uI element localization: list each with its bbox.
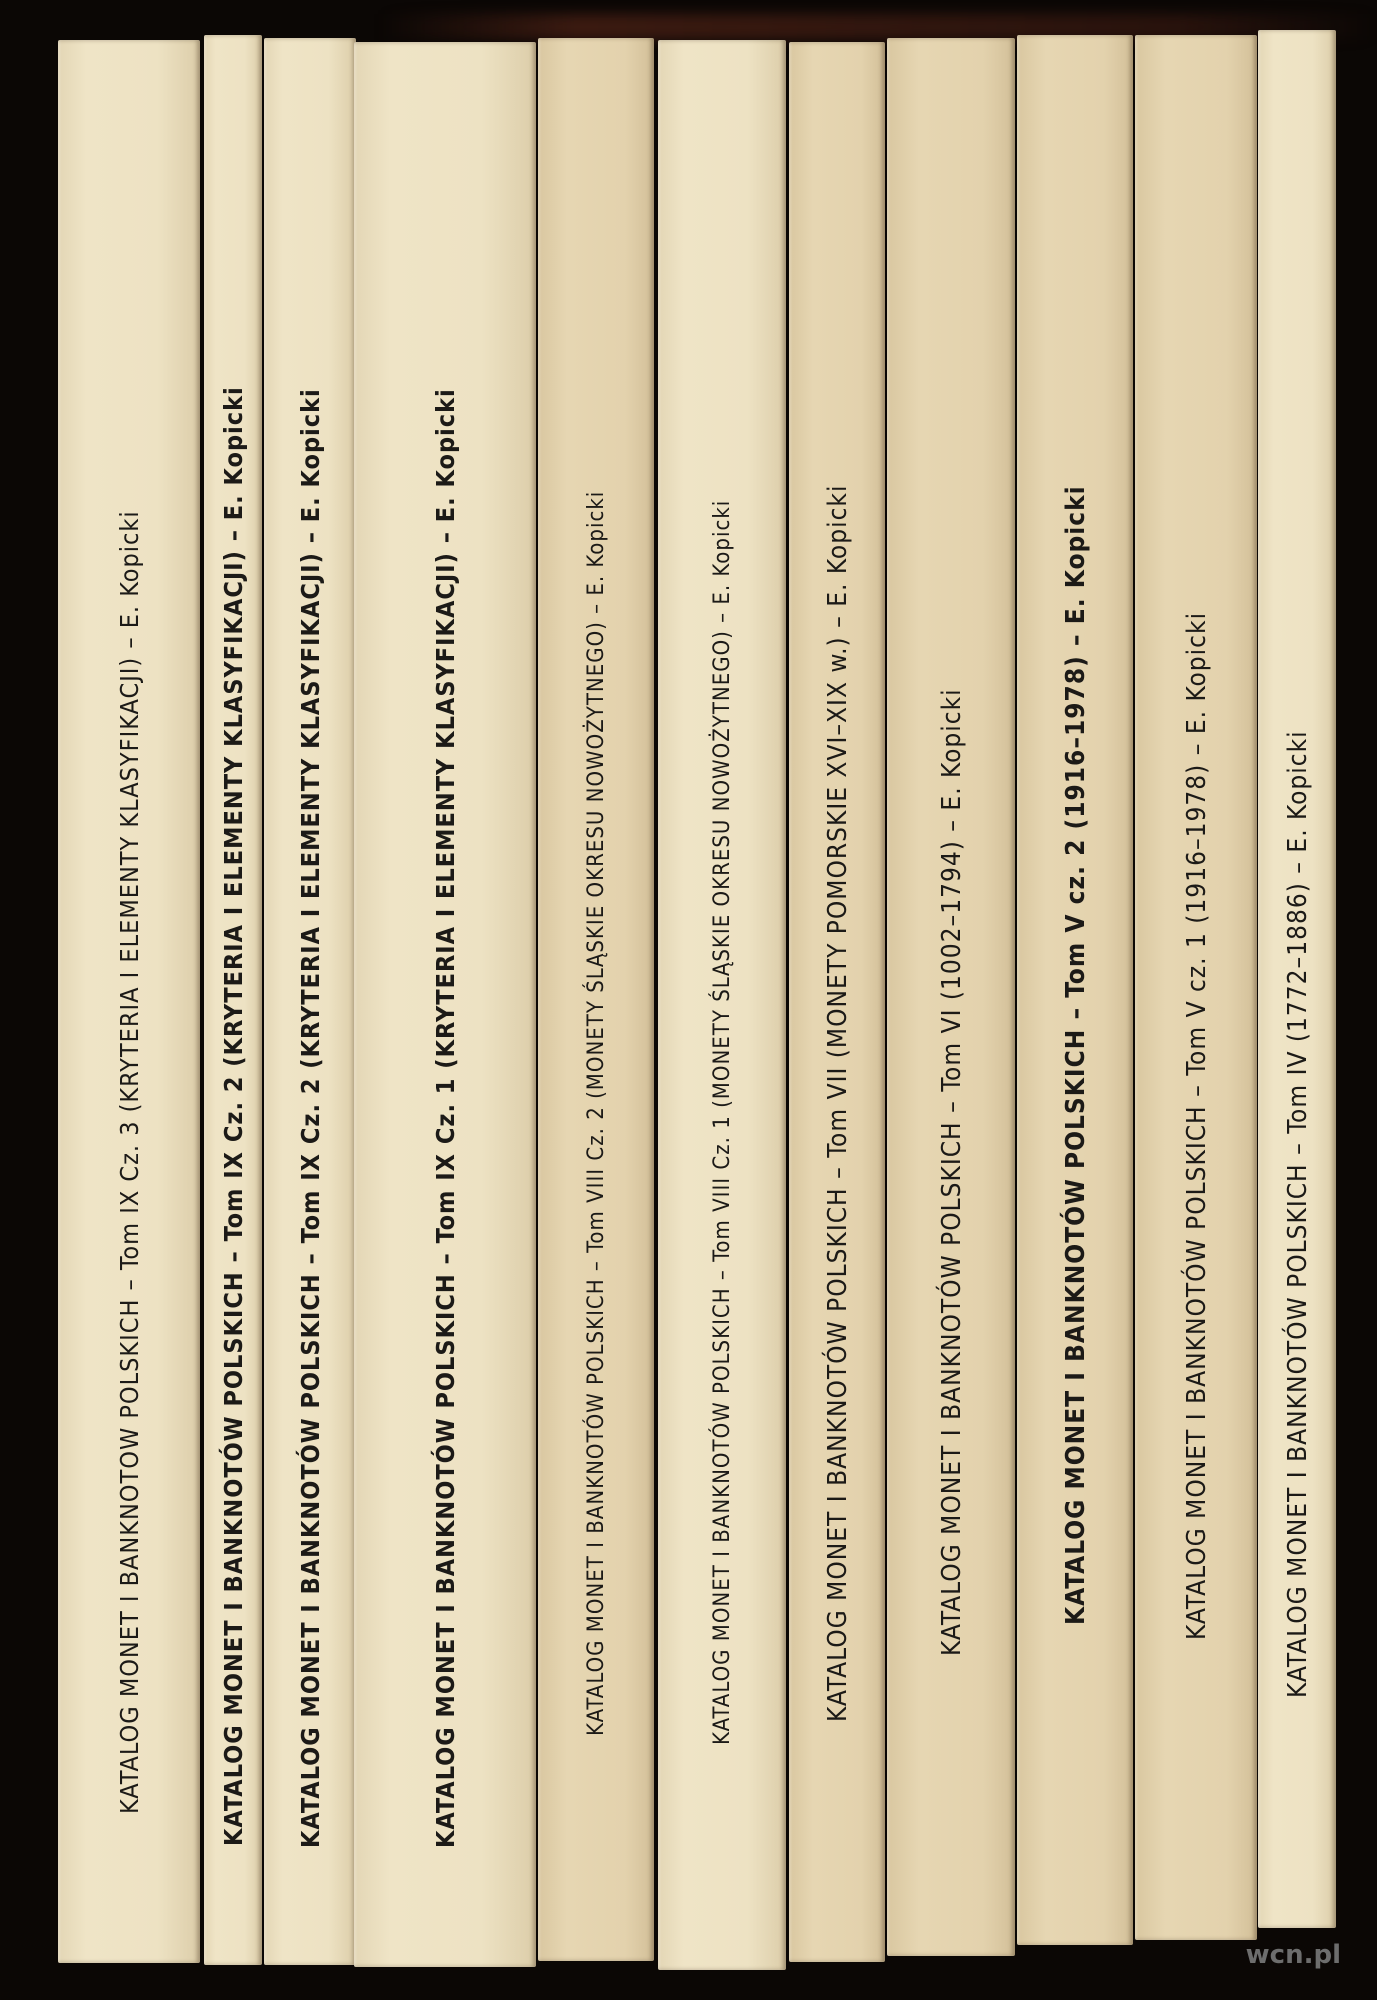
spine-title: KATALOG MONET I BANKNOTÓW POLSKICH – Tom… bbox=[296, 388, 325, 1848]
book-spines-photo: KATALOG MONET I BANKNOTOW POLSKICH – Tom… bbox=[0, 0, 1377, 2000]
spine-title: KATALOG MONET I BANKNOTÓW POLSKICH – Tom… bbox=[431, 388, 460, 1848]
spine-title: KATALOG MONET I BANKNOTOW POLSKICH – Tom… bbox=[115, 510, 144, 1814]
book-spine-tom-iv: KATALOG MONET I BANKNOTÓW POLSKICH – Tom… bbox=[1258, 30, 1336, 1928]
spine-title: KATALOG MONET I BANKNOTÓW POLSKICH – Tom… bbox=[219, 386, 248, 1846]
spine-title: KATALOG MONET I BANKNOTÓW POLSKICH – Tom… bbox=[1061, 485, 1091, 1625]
spine-title: KATALOG MONET I BANKNOTÓW POLSKICH – Tom… bbox=[823, 485, 853, 1722]
book-spine-tom-v-cz1: KATALOG MONET I BANKNOTÓW POLSKICH – Tom… bbox=[1135, 35, 1257, 1940]
book-spine-tom-vi: KATALOG MONET I BANKNOTÓW POLSKICH – Tom… bbox=[887, 38, 1015, 1956]
spine-title: KATALOG MONET I BANKNOTÓW POLSKICH – Tom… bbox=[584, 491, 609, 1736]
book-spine-tom-ix-cz3: KATALOG MONET I BANKNOTOW POLSKICH – Tom… bbox=[58, 40, 200, 1963]
book-spine-tom-v-cz2: KATALOG MONET I BANKNOTÓW POLSKICH – Tom… bbox=[1017, 35, 1133, 1945]
book-spine-tom-vii: KATALOG MONET I BANKNOTÓW POLSKICH – Tom… bbox=[789, 42, 885, 1962]
book-spine-tom-viii-cz1: KATALOG MONET I BANKNOTÓW POLSKICH – Tom… bbox=[658, 40, 786, 1970]
book-spine-tom-viii-cz2: KATALOG MONET I BANKNOTÓW POLSKICH – Tom… bbox=[538, 38, 654, 1961]
spine-title: KATALOG MONET I BANKNOTÓW POLSKICH – Tom… bbox=[710, 500, 735, 1745]
book-spine-tom-ix-cz2-b: KATALOG MONET I BANKNOTÓW POLSKICH – Tom… bbox=[264, 38, 356, 1965]
spine-title: KATALOG MONET I BANKNOTÓW POLSKICH – Tom… bbox=[1283, 730, 1313, 1698]
book-spine-tom-ix-cz1: KATALOG MONET I BANKNOTÓW POLSKICH – Tom… bbox=[354, 42, 536, 1967]
watermark: wcn.pl bbox=[1246, 1940, 1341, 1970]
spine-title: KATALOG MONET I BANKNOTÓW POLSKICH – Tom… bbox=[937, 688, 967, 1656]
book-spine-tom-ix-cz2-a: KATALOG MONET I BANKNOTÓW POLSKICH – Tom… bbox=[204, 35, 262, 1965]
spine-title: KATALOG MONET I BANKNOTÓW POLSKICH – Tom… bbox=[1182, 612, 1212, 1640]
